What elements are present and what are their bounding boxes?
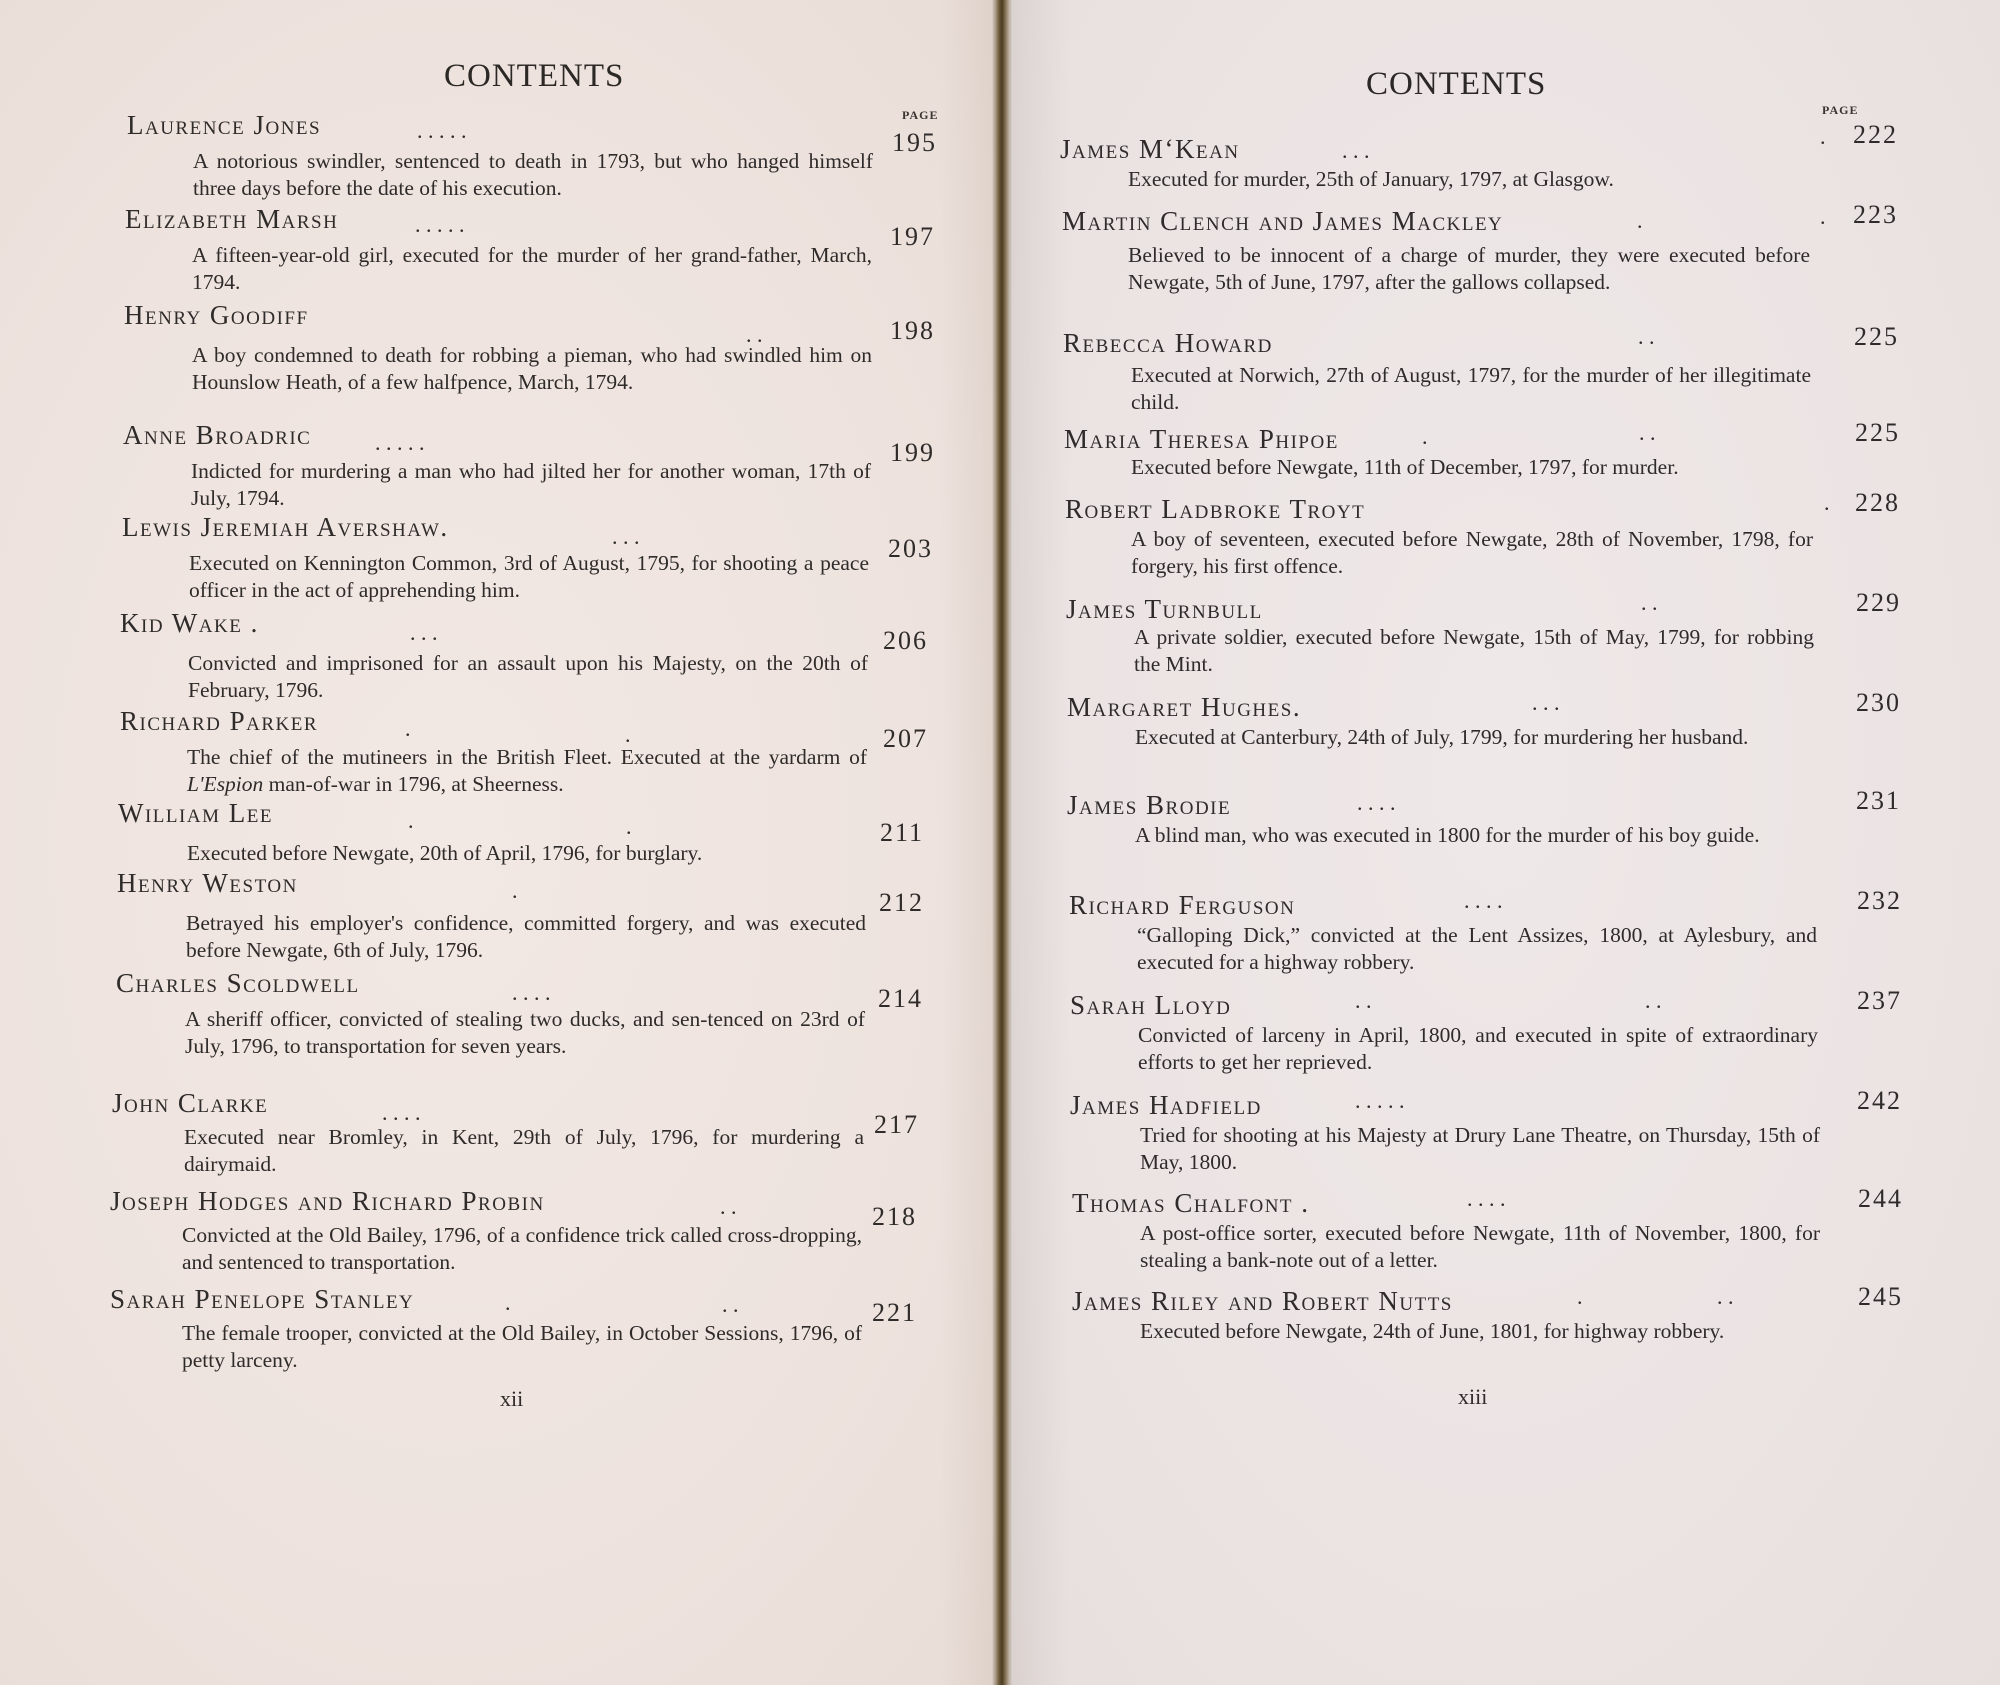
entry-page-number[interactable]: 218 [872,1202,917,1232]
entry-name[interactable]: Anne Broadric [123,420,311,451]
entry-name[interactable]: James M‘Kean [1060,134,1240,165]
entry-page-number[interactable]: 245 [1858,1282,1903,1312]
entry-name[interactable]: Martin Clench and James Mackley [1062,206,1503,237]
dot-leaders: . . . . [382,1100,421,1126]
entry-page-number[interactable]: 225 [1854,322,1899,352]
entry-description: Executed at Canterbury, 24th of July, 17… [1135,724,1815,751]
entry-description: A boy condemned to death for robbing a p… [192,342,872,396]
entry-page-number[interactable]: 203 [888,534,933,564]
right-page: CONTENTS PAGE James M‘Kean . . . . 222 E… [1000,0,2000,1685]
dot-leaders: . . [722,1292,739,1318]
entry-description: A notorious swindler, sentenced to death… [193,148,873,202]
entry-name[interactable]: Rebecca Howard [1063,328,1273,359]
dot-leaders: . . . [1342,138,1370,164]
entry-description: Believed to be innocent of a charge of m… [1128,242,1810,296]
entry-description: Executed before Newgate, 24th of June, 1… [1140,1318,1820,1345]
entry-page-number[interactable]: 217 [874,1110,919,1140]
entry-page-number[interactable]: 229 [1856,588,1901,618]
dot-leaders: . [1577,1284,1583,1310]
entry-name[interactable]: John Clarke [112,1088,268,1119]
entry-description: A boy of seventeen, executed before Newg… [1131,526,1813,580]
entry-name[interactable]: Richard Parker [120,706,318,737]
dot-leaders: . . . . . [415,212,465,238]
entry-page-number[interactable]: 223 [1853,200,1898,230]
entry-name[interactable]: Laurence Jones [127,110,321,141]
entry-name[interactable]: Henry Weston [117,868,298,899]
gutter-shadow [940,0,995,1685]
dot-leaders: . [512,878,518,904]
entry-page-number[interactable]: 222 [1853,120,1898,150]
entry-description: A private soldier, executed before Newga… [1134,624,1814,678]
dot-leaders: . . . [612,524,640,550]
entry-description: A fifteen-year-old girl, executed for th… [192,242,872,296]
entry-page-number[interactable]: 244 [1858,1184,1903,1214]
entry-description: Betrayed his employer's confidence, comm… [186,910,866,964]
entry-description: Indicted for murdering a man who had jil… [191,458,871,512]
right-page-column-label: PAGE [1822,103,1858,118]
entry-name[interactable]: William Lee [118,798,273,829]
dot-leaders: . [1820,204,1826,230]
right-page-heading: CONTENTS [1366,66,1546,103]
entry-page-number[interactable]: 207 [883,724,928,754]
book-spine-gutter [992,0,1012,1685]
entry-name[interactable]: Richard Ferguson [1069,890,1295,921]
dot-leaders: . . [1645,988,1662,1014]
entry-name[interactable]: Maria Theresa Phipoe [1064,424,1339,455]
entry-name[interactable]: Margaret Hughes. [1067,692,1301,723]
entry-description: Executed on Kennington Common, 3rd of Au… [189,550,869,604]
entry-page-number[interactable]: 199 [890,438,935,468]
entry-description: Tried for shooting at his Majesty at Dru… [1140,1122,1820,1176]
entry-page-number[interactable]: 242 [1857,1086,1902,1116]
entry-name[interactable]: James Brodie [1067,790,1231,821]
entry-description: Convicted and imprisoned for an assault … [188,650,868,704]
dot-leaders: . . . . [1464,888,1503,914]
entry-name[interactable]: Joseph Hodges and Richard Probin [110,1186,545,1217]
dot-leaders: . . [1355,988,1372,1014]
entry-page-number[interactable]: 206 [883,626,928,656]
entry-name[interactable]: Charles Scoldwell [116,968,360,999]
entry-page-number[interactable]: 221 [872,1298,917,1328]
page-folio-xiii: xiii [1458,1384,1487,1410]
entry-page-number[interactable]: 228 [1855,488,1900,518]
dot-leaders: . [1820,124,1826,150]
entry-name[interactable]: Sarah Lloyd [1070,990,1231,1021]
entry-description: A blind man, who was executed in 1800 fo… [1135,822,1815,849]
dot-leaders: . . [1717,1284,1734,1310]
dot-leaders: . [1422,424,1428,450]
entry-name[interactable]: James Hadfield [1070,1090,1262,1121]
entry-description: “Galloping Dick,” convicted at the Lent … [1137,922,1817,976]
entry-name[interactable]: Kid Wake . [120,608,259,639]
entry-page-number[interactable]: 214 [878,984,923,1014]
left-page-heading: CONTENTS [444,58,624,95]
dot-leaders: . . . . . [375,430,425,456]
dot-leaders: . . [1639,420,1656,446]
page-folio-xii: xii [500,1386,523,1412]
dot-leaders: . . [720,1194,737,1220]
entry-name[interactable]: Thomas Chalfont . [1072,1188,1310,1219]
entry-page-number[interactable]: 212 [879,888,924,918]
entry-description: A sheriff officer, convicted of stealing… [185,1006,865,1060]
entry-page-number[interactable]: 231 [1856,786,1901,816]
entry-description: Executed at Norwich, 27th of August, 179… [1131,362,1811,416]
entry-name[interactable]: James Turnbull [1066,594,1263,625]
entry-name[interactable]: James Riley and Robert Nutts [1072,1286,1453,1317]
dot-leaders: . . . . . [1355,1088,1405,1114]
entry-page-number[interactable]: 211 [880,818,924,848]
entry-page-number[interactable]: 225 [1855,418,1900,448]
left-page: CONTENTS PAGE Laurence Jones . . . . . 1… [0,0,1000,1685]
dot-leaders: . [626,814,632,840]
dot-leaders: . . . . [1357,790,1396,816]
entry-name[interactable]: Henry Goodiff [124,300,309,331]
dot-leaders: . [505,1290,511,1316]
entry-page-number[interactable]: 237 [1857,986,1902,1016]
dot-leaders: . . . . [1467,1186,1506,1212]
dot-leaders: . [408,808,414,834]
entry-name[interactable]: Robert Ladbroke Troyt [1065,494,1365,525]
entry-page-number[interactable]: 195 [892,128,937,158]
entry-page-number[interactable]: 230 [1856,688,1901,718]
dot-leaders: . . [1638,324,1655,350]
entry-description: Convicted at the Old Bailey, 1796, of a … [182,1222,862,1276]
dot-leaders: . . . [1532,690,1560,716]
entry-description: Convicted of larceny in April, 1800, and… [1138,1022,1818,1076]
dot-leaders: . . . [410,620,438,646]
dot-leaders: . . [1641,590,1658,616]
gutter-shadow [1010,0,1070,1685]
entry-page-number[interactable]: 232 [1857,886,1902,916]
entry-name[interactable]: Elizabeth Marsh [125,204,338,235]
entry-name[interactable]: Lewis Jeremiah Avershaw. [122,512,449,543]
entry-name[interactable]: Sarah Penelope Stanley [110,1284,414,1315]
entry-page-number[interactable]: 198 [890,316,935,346]
dot-leaders: . [1637,208,1643,234]
entry-page-number[interactable]: 197 [890,222,935,252]
dot-leaders: . [405,716,411,742]
entry-description: Executed near Bromley, in Kent, 29th of … [184,1124,864,1178]
entry-description: The female trooper, convicted at the Old… [182,1320,862,1374]
dot-leaders: . [1824,490,1830,516]
left-page-column-label: PAGE [902,108,938,123]
entry-description: A post-office sorter, executed before Ne… [1140,1220,1820,1274]
entry-description: Executed before Newgate, 20th of April, … [187,840,867,867]
entry-description: The chief of the mutineers in the Britis… [187,744,867,798]
entry-description: Executed before Newgate, 11th of Decembe… [1131,454,1821,481]
dot-leaders: . . . . . [417,118,467,144]
dot-leaders: . . . . [512,980,551,1006]
entry-description: Executed for murder, 25th of January, 17… [1128,166,1808,193]
ship-name: L'Espion [187,772,263,796]
